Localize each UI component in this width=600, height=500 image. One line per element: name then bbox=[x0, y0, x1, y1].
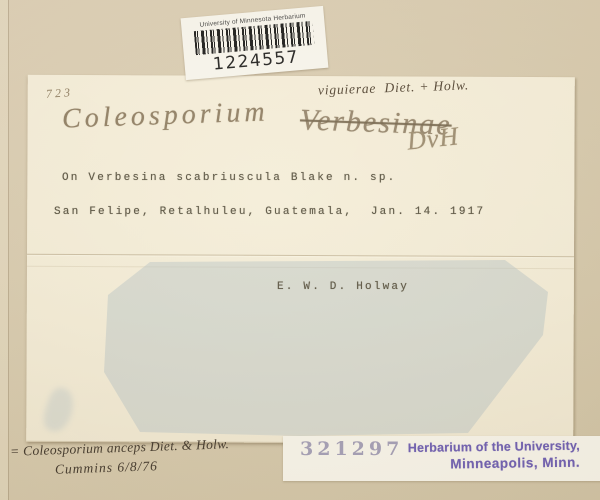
typed-locality-date-line: San Felipe, Retalhuleu, Guatemala, Jan. … bbox=[54, 206, 485, 218]
herbarium-ink-stamp: Herbarium of the University, Minneapolis… bbox=[388, 438, 580, 474]
annotator-initials-handwritten: DvH bbox=[406, 121, 461, 156]
accession-stamp-label: 321297 Herbarium of the University, Minn… bbox=[283, 436, 600, 481]
mount-left-edge-line bbox=[8, 0, 9, 500]
typed-host-line: On Verbesina scabriuscula Blake n. sp. bbox=[62, 172, 396, 184]
determination-annotation-line2: Cummins 6/8/76 bbox=[55, 458, 158, 478]
herbarium-sheet-scan: University of Minnesota Herbarium 122455… bbox=[0, 0, 600, 500]
packet-fold-crease bbox=[27, 254, 574, 257]
collector-number-handwritten: 723 bbox=[46, 85, 74, 102]
typed-collector-line: E. W. D. Holway bbox=[277, 281, 409, 293]
mount-left-margin bbox=[0, 0, 8, 500]
barcode-label: University of Minnesota Herbarium 122455… bbox=[181, 6, 329, 80]
herbarium-stamp-line2: Minneapolis, Minn. bbox=[388, 454, 580, 474]
